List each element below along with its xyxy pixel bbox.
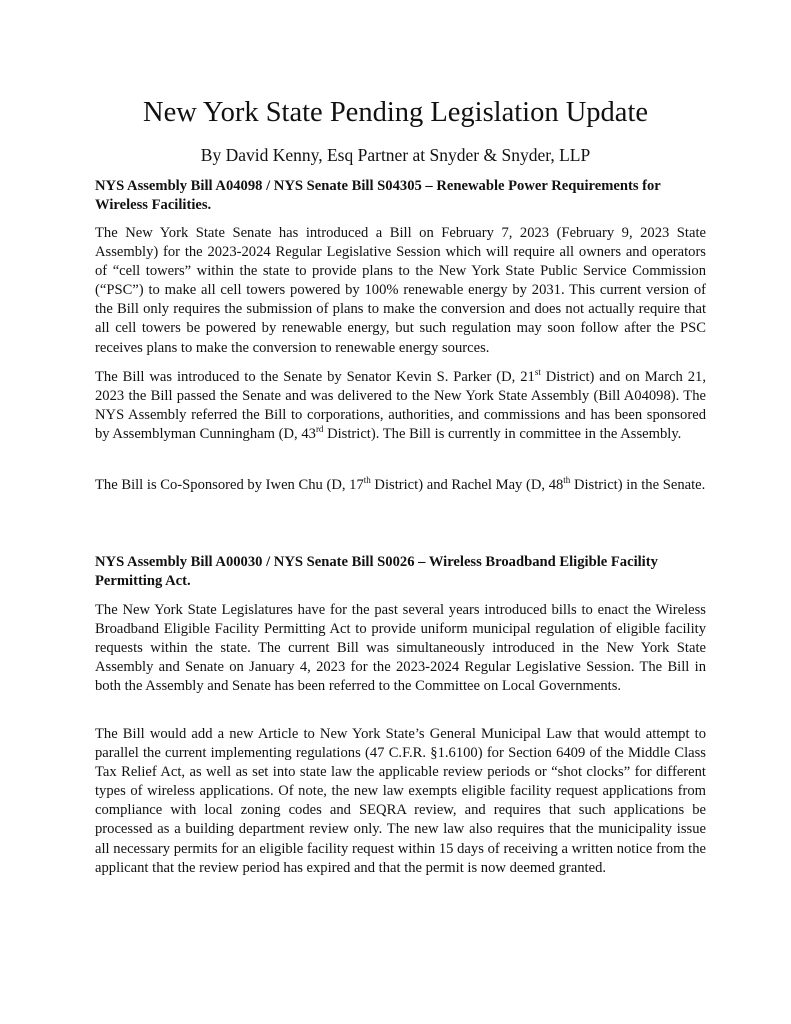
section-2-paragraph-2: The Bill would add a new Article to New …	[95, 725, 706, 878]
section-2-heading: NYS Assembly Bill A00030 / NYS Senate Bi…	[95, 553, 706, 591]
section-1-paragraph-2: The Bill was introduced to the Senate by…	[95, 368, 706, 444]
paragraph-text: District) in the Senate.	[570, 477, 705, 493]
paragraph-text: The Bill is Co-Sponsored by Iwen Chu (D,…	[95, 477, 364, 493]
paragraph-text: The Bill was introduced to the Senate by…	[95, 369, 535, 385]
document-page: New York State Pending Legislation Updat…	[0, 0, 791, 1024]
paragraph-text: District) and Rachel May (D, 48	[371, 477, 564, 493]
section-1-paragraph-1: The New York State Senate has introduced…	[95, 224, 706, 358]
section-2-paragraph-1: The New York State Legislatures have for…	[95, 601, 706, 696]
document-byline: By David Kenny, Esq Partner at Snyder & …	[0, 144, 791, 166]
paragraph-text: District). The Bill is currently in comm…	[323, 426, 681, 442]
ordinal-suffix: th	[364, 475, 371, 485]
section-1-paragraph-3: The Bill is Co-Sponsored by Iwen Chu (D,…	[95, 476, 706, 495]
section-1-heading: NYS Assembly Bill A04098 / NYS Senate Bi…	[95, 177, 706, 215]
document-title: New York State Pending Legislation Updat…	[0, 96, 791, 130]
